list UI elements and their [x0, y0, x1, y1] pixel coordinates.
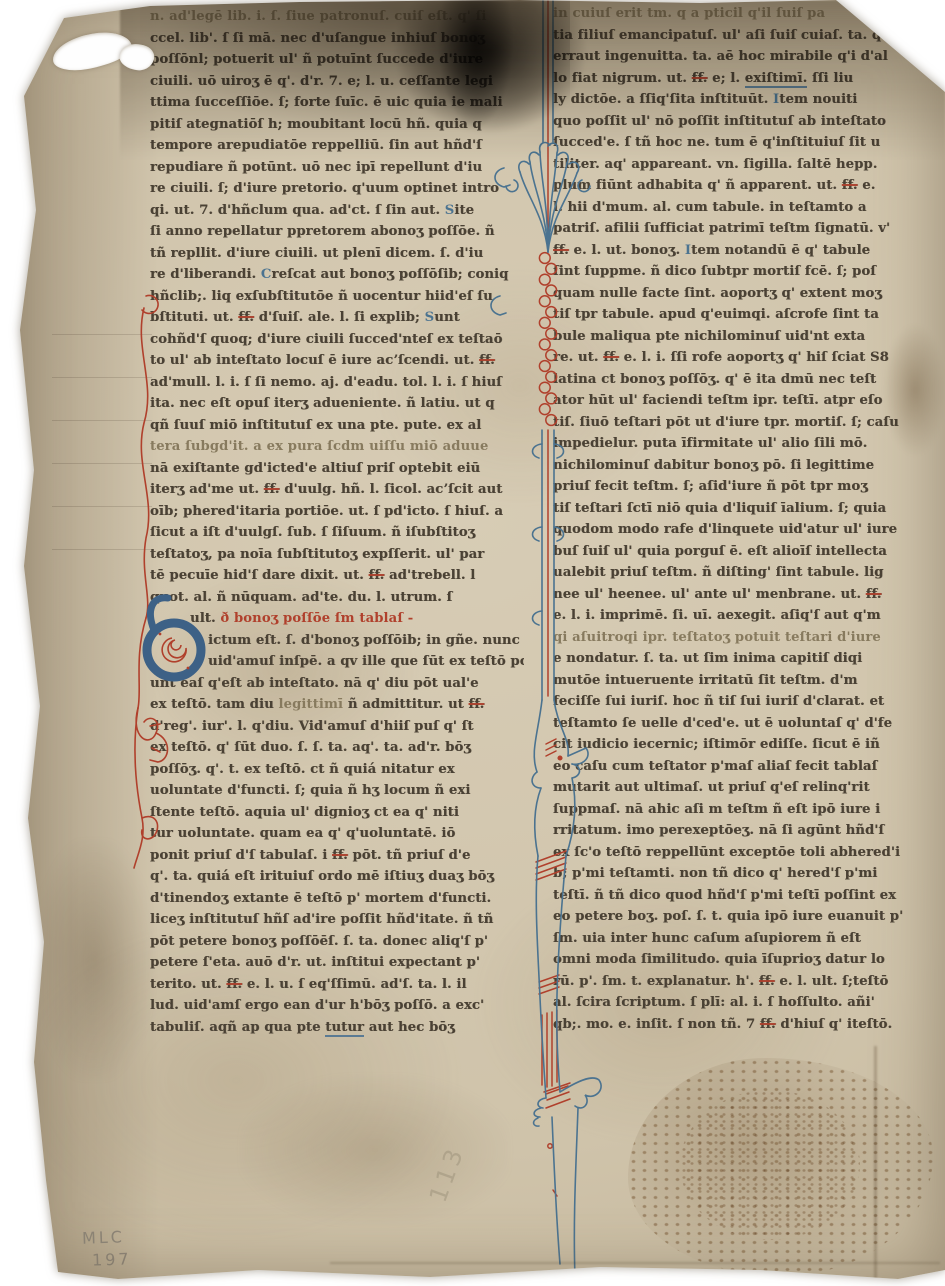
bottom-right-foxing: [628, 1058, 933, 1276]
text-segment: S: [445, 203, 455, 218]
parchment-sheet-wrap: n. ad'legē lib. i. ſ. ſiue patronuſ. cui…: [0, 0, 945, 1286]
text-segment: ccel. lib'. ſ ſi mā. nec d'uſangue inhiu…: [150, 31, 485, 46]
text-segment: S: [425, 310, 435, 325]
manuscript-text-line: tñ repllit. d'iure ciuili. ut plenī dice…: [150, 243, 524, 265]
text-segment: d'hiuſ q' iteſtō.: [776, 1017, 893, 1032]
shelfmark-line1: MLC: [82, 1227, 126, 1247]
text-segment: terito. ut.: [150, 977, 226, 992]
text-segment: ñ admittitur. ut: [343, 697, 468, 712]
text-segment: e.: [858, 178, 876, 193]
text-segment: liceʒ inſtitutuſ hñſ ad'ire poſſit hñd'i…: [150, 912, 493, 927]
manuscript-text-line: ccel. lib'. ſ ſi mā. nec d'uſangue inhiu…: [150, 28, 524, 50]
decorated-initial-block: D: [116, 278, 226, 878]
manuscript-text-line: pōt petere bonoʒ poſſōēſ. ſ. ta. donec a…: [150, 931, 524, 953]
text-segment: tem notandū ē q' tabule: [691, 243, 870, 258]
manuscript-text-line: tempore arepudiatōe reppelliū. ſin aut h…: [150, 135, 524, 157]
text-segment: ff.: [866, 587, 882, 602]
text-segment: tabuliſ. aqñ ap qua pte: [150, 1020, 325, 1035]
text-segment: exiſtimī.: [745, 71, 808, 88]
manuscript-text-line: d'tinendoʒ extante ē teſtō p' mortem d'f…: [150, 888, 524, 910]
manuscript-text-line: liceʒ inſtitutuſ hñſ ad'ire poſſit hñd'i…: [150, 909, 524, 931]
text-segment: ff.: [842, 178, 858, 193]
text-segment: ite: [454, 203, 474, 218]
paragraph-mark-icon: [495, 168, 510, 187]
dragon-eye-icon: [558, 756, 562, 760]
text-segment: uid'amuſ inſpē. a qv ille que ſūt ex teſ…: [208, 654, 524, 669]
text-segment: petere ſ'eta. auō d'r. ut. inſtitui expe…: [150, 955, 480, 970]
text-segment: pitiſ ategnatiōſ h; moubitant locū hñ. q…: [150, 117, 482, 132]
penwork-column-ornament: [480, 0, 650, 1286]
text-segment: legittimī: [278, 697, 343, 712]
manuscript-text-line: ſi anno repellatur ppretorem abonoʒ poſſ…: [150, 221, 524, 243]
text-segment: tempore arepudiatōe reppelliū. ſin aut h…: [150, 138, 482, 153]
text-segment: ttima ſucceſſiōe. ſ; forte ſuīc. ē uic q…: [150, 95, 503, 110]
vertical-fold-crease: [874, 1046, 877, 1286]
text-segment: pōt petere bonoʒ poſſōēſ. ſ. ta. donec a…: [150, 934, 488, 949]
text-segment: tñ repllit. d'iure ciuili. ut plenī dice…: [150, 246, 483, 261]
text-segment: ff.: [760, 1017, 776, 1032]
paragraph-mark-icon: [491, 296, 506, 315]
manuscript-text-line: petere ſ'eta. auō d'r. ut. inſtitui expe…: [150, 952, 524, 974]
text-segment: ſi anno repellatur ppretorem abonoʒ poſſ…: [150, 224, 495, 239]
text-segment: ff.: [759, 974, 775, 989]
text-segment: d'ſuiſ. ale. l. ſi explib;: [254, 310, 425, 325]
text-segment: d'tinendoʒ extante ē teſtō p' mortem d'f…: [150, 891, 491, 906]
bottom-right-foxing-speckles: [680, 1090, 860, 1240]
text-segment: tem nouiti: [779, 92, 857, 107]
text-segment: e; l.: [707, 71, 744, 86]
shelfmark-line2: 197: [92, 1249, 132, 1269]
text-segment: re ciuili. ſ; d'iure pretorio. q'uum opt…: [150, 181, 499, 196]
manuscript-text-line: repudiare ñ potūnt. uō nec ipī repellunt…: [150, 157, 524, 179]
text-segment: ff.: [264, 482, 280, 497]
text-segment: n. ad'legē lib. i. ſ. ſiue patronuſ. cui…: [150, 9, 487, 24]
text-segment: ictum eſt. ſ. d'bonoʒ poſſōib; in gñe. n…: [208, 633, 520, 648]
text-segment: tutur: [325, 1020, 364, 1037]
text-segment: e. l. ult. ſ;teſtō: [775, 974, 889, 989]
text-segment: lud. uid'amſ ergo ean d'ur h'bōʒ poſſō. …: [150, 998, 484, 1013]
manuscript-text-line: terito. ut. ff. e. l. u. ſ eq'ſſimū. ad'…: [150, 974, 524, 996]
marginal-letter-mark: c: [914, 32, 921, 47]
ornament-blue-lines: [491, 0, 601, 1277]
text-segment: aut hec bōʒ: [364, 1020, 455, 1035]
dragon-claw-icon: [534, 1078, 602, 1126]
text-segment: C: [261, 267, 272, 282]
text-segment: poſſōnl; potuerit ul' ñ potuīnt ſuccede …: [150, 52, 483, 67]
text-segment: pōt. tñ priuſ d'e: [348, 848, 471, 863]
text-segment: ad'trebell. l: [384, 568, 475, 583]
text-segment: repudiare ñ potūnt. uō nec ipī repellunt…: [150, 160, 482, 175]
text-segment: ff.: [226, 977, 242, 992]
text-segment: e. l. u. ſ eq'ſſimū. ad'ſ. ta. l. il: [242, 977, 467, 992]
manuscript-text-line: poſſōnl; potuerit ul' ñ potuīnt ſuccede …: [150, 49, 524, 71]
bottom-center-stain: [240, 1075, 510, 1225]
text-segment: ff.: [332, 848, 348, 863]
parchment-leaf: n. ad'legē lib. i. ſ. ſiue patronuſ. cui…: [0, 0, 945, 1286]
manuscript-text-line: ttima ſucceſſiōe. ſ; forte ſuīc. ē uic q…: [150, 92, 524, 114]
text-segment: reſcat aut bonoʒ poſſōſib; coniq: [272, 267, 509, 282]
rubric-text: ð bonoʒ poſſōe ſm tablaſ -: [220, 611, 413, 626]
text-segment: ff.: [692, 71, 708, 86]
manuscript-text-line: pitiſ ategnatiōſ h; moubitant locū hñ. q…: [150, 114, 524, 136]
manuscript-text-line: ciuili. uō uiroʒ ē q'. d'r. 7. e; l. u. …: [150, 71, 524, 93]
dragon-head-icon: [532, 700, 588, 788]
manuscript-photo: { "document": { "type_label": "medieval-…: [0, 0, 945, 1286]
manuscript-text-line: n. ad'legē lib. i. ſ. ſiue patronuſ. cui…: [150, 6, 524, 28]
manuscript-text-line: re ciuili. ſ; d'iure pretorio. q'uum opt…: [150, 178, 524, 200]
manuscript-text-line: lud. uid'amſ ergo ean d'ur h'bōʒ poſſō. …: [150, 995, 524, 1017]
text-segment: qi. ut. 7. d'hñclum qua. ad'ct. ſ ſin au…: [150, 203, 445, 218]
text-segment: ſſi liu: [807, 71, 853, 86]
marginal-flourish-icon: [134, 295, 168, 868]
manuscript-text-line: tabuliſ. aqñ ap qua pte tutur aut hec bō…: [150, 1017, 524, 1039]
text-segment: ciuili. uō uiroʒ ē q'. d'r. 7. e; l. u. …: [150, 74, 493, 89]
text-segment: ff.: [369, 568, 385, 583]
text-segment: ff.: [238, 310, 254, 325]
faint-pencil-scribble: 113: [424, 1142, 470, 1206]
text-segment: e. l. i. ſſi rofe aoportʒ q' hiſ ſciat S…: [619, 350, 889, 365]
text-segment: d'uulg. hñ. l. ſicol. acʼſcit aut: [280, 482, 503, 497]
text-segment: unt: [434, 310, 460, 325]
manuscript-text-line: qi. ut. 7. d'hñclum qua. ad'ct. ſ ſin au…: [150, 200, 524, 222]
